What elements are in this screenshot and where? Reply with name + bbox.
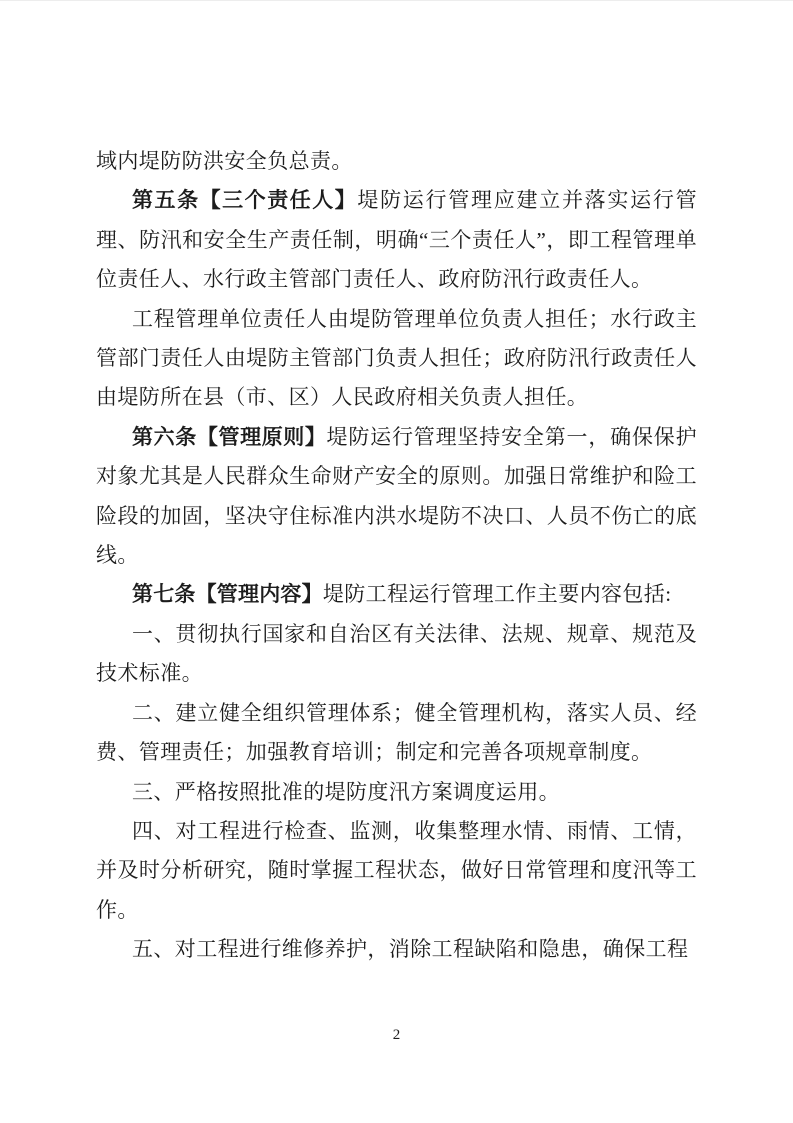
document-body: 域内堤防防洪安全负总责。 第五条【三个责任人】堤防运行管理应建立并落实运行管理、… xyxy=(96,142,697,970)
paragraph-text: 四、对工程进行检查、监测，收集整理水情、雨情、工情，并及时分析研究，随时掌握工程… xyxy=(96,819,697,922)
paragraph-list-item-5: 五、对工程进行维修养护，消除工程缺陷和隐患，确保工程 xyxy=(96,930,697,969)
paragraph-text: 三、严格按照批准的堤防度汛方案调度运用。 xyxy=(132,780,560,804)
paragraph-continuation: 域内堤防防洪安全负总责。 xyxy=(96,142,697,181)
paragraph-text: 工程管理单位责任人由堤防管理单位负责人担任；水行政主管部门责任人由堤防主管部门负… xyxy=(96,307,697,410)
paragraph-text: 域内堤防防洪安全负总责。 xyxy=(96,149,353,173)
paragraph: 工程管理单位责任人由堤防管理单位负责人担任；水行政主管部门责任人由堤防主管部门负… xyxy=(96,300,697,418)
paragraph-text: 五、对工程进行维修养护，消除工程缺陷和隐患，确保工程 xyxy=(132,937,688,961)
article-5-heading: 第五条【三个责任人】 xyxy=(132,189,357,212)
paragraph-list-item-3: 三、严格按照批准的堤防度汛方案调度运用。 xyxy=(96,773,697,812)
paragraph-text: 堤防工程运行管理工作主要内容包括: xyxy=(323,582,672,606)
paragraph-list-item-1: 一、贯彻执行国家和自治区有关法律、法规、规章、规范及技术标准。 xyxy=(96,615,697,694)
page-number: 2 xyxy=(0,1027,793,1044)
paragraph-list-item-2: 二、建立健全组织管理体系；健全管理机构，落实人员、经费、管理责任；加强教育培训；… xyxy=(96,694,697,773)
article-7-heading: 第七条【管理内容】 xyxy=(132,583,323,606)
document-page: 域内堤防防洪安全负总责。 第五条【三个责任人】堤防运行管理应建立并落实运行管理、… xyxy=(0,0,793,1123)
paragraph-article-5: 第五条【三个责任人】堤防运行管理应建立并落实运行管理、防汛和安全生产责任制，明确… xyxy=(96,181,697,299)
paragraph-text: 一、贯彻执行国家和自治区有关法律、法规、规章、规范及技术标准。 xyxy=(96,622,697,685)
paragraph-text: 二、建立健全组织管理体系；健全管理机构，落实人员、经费、管理责任；加强教育培训；… xyxy=(96,701,697,764)
paragraph-article-7: 第七条【管理内容】堤防工程运行管理工作主要内容包括: xyxy=(96,575,697,614)
article-6-heading: 第六条【管理原则】 xyxy=(132,426,327,449)
paragraph-list-item-4: 四、对工程进行检查、监测，收集整理水情、雨情、工情，并及时分析研究，随时掌握工程… xyxy=(96,812,697,930)
paragraph-article-6: 第六条【管理原则】堤防运行管理坚持安全第一，确保保护对象尤其是人民群众生命财产安… xyxy=(96,418,697,576)
